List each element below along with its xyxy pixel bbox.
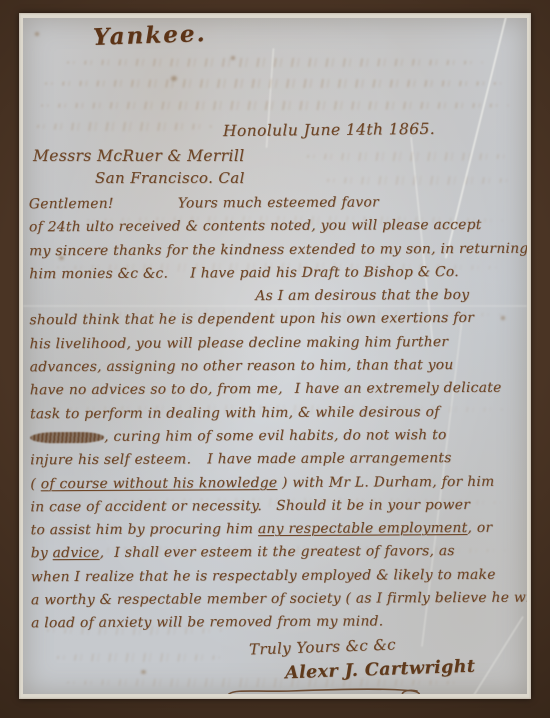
- letter-line: ( of course without his knowledge ) with…: [30, 473, 522, 499]
- letter-line: him monies &c &c.I have paid his Draft t…: [29, 264, 521, 290]
- letter-text: injure his self esteem.: [30, 452, 191, 469]
- struck-out-word: [30, 432, 104, 443]
- letter-text: any respectable employment: [258, 520, 468, 537]
- bleed-through-text-line: [37, 101, 509, 110]
- letter-text: Gentlemen!: [29, 196, 114, 212]
- hand-gap: [283, 392, 295, 393]
- letter-text: I shall ever esteem it the greatest of f…: [114, 544, 455, 562]
- bleed-through-text-line: [323, 176, 513, 185]
- foxing-spot: [35, 32, 39, 36]
- letter-line: of 24th ulto received & contents noted, …: [29, 217, 521, 243]
- letter-text: when I realize that he is respectably em…: [31, 567, 496, 585]
- letter-text: I have made ample arrangements: [207, 450, 451, 467]
- letter-text: by: [31, 546, 53, 562]
- letter-text: As I am desirous that the boy: [255, 287, 469, 304]
- letter-line: my sincere thanks for the kindness exten…: [29, 240, 521, 266]
- signature: Alexr J. Cartwright: [285, 657, 476, 684]
- recipient-location: San Francisco. Cal: [95, 169, 245, 187]
- letter-text: Yours much esteemed favor: [178, 194, 379, 211]
- letter-text: I have paid his Draft to Bishop & Co.: [190, 264, 459, 281]
- letter-text: I have an extremely delicate: [295, 380, 502, 397]
- bleed-through-text-line: [53, 653, 223, 662]
- letter-text: a load of anxiety will be removed from m…: [31, 614, 383, 632]
- letter-line: to assist him by procuring him any respe…: [31, 520, 523, 546]
- letter-line: in case of accident or necessity.Should …: [30, 497, 522, 523]
- hand-gap: [29, 299, 255, 301]
- letter-text: of course without his knowledge: [41, 475, 278, 492]
- letter-text: (: [30, 476, 40, 492]
- letter-line: should think that he is dependent upon h…: [29, 310, 521, 336]
- letter-line: advances, assigning no other reason to h…: [30, 357, 522, 383]
- letter-line: his livelihood, you will please decline …: [30, 333, 522, 359]
- foxing-spot: [141, 670, 146, 674]
- letter-text: , curing him of some evil habits, do not…: [104, 427, 447, 445]
- letter-line: a load of anxiety will be removed from m…: [31, 613, 523, 639]
- recipient-name: Messrs McRuer & Merrill: [33, 147, 245, 165]
- letter-text: Should it be in your power: [276, 497, 470, 514]
- letter-body: Gentlemen!Yours much esteemed favorof 24…: [29, 194, 523, 639]
- foxing-spot: [171, 76, 177, 81]
- letter-line: a worthy & respectable member of society…: [31, 590, 523, 616]
- letter-text: ,: [100, 545, 105, 561]
- letter-line: injure his self esteem.I have made ample…: [30, 450, 522, 476]
- letter-text: to assist him by procuring him: [31, 521, 258, 538]
- letter-line: As I am desirous that the boy: [29, 287, 521, 313]
- letter-line: task to perform in dealing with him, & w…: [30, 403, 522, 429]
- framed-letter-photograph: Yankee. Honolulu June 14th 1865. Messrs …: [0, 0, 550, 718]
- letter-text: , or: [467, 520, 492, 536]
- mat-opening-border: Yankee. Honolulu June 14th 1865. Messrs …: [19, 13, 531, 699]
- hand-gap: [191, 463, 207, 464]
- letter-text: should think that he is dependent upon h…: [29, 310, 474, 328]
- hand-gap: [262, 509, 276, 510]
- dateline: Honolulu June 14th 1865.: [223, 120, 435, 140]
- letter-line: have no advices so to do, from me,I have…: [30, 380, 522, 406]
- letter-text: a worthy & respectable member of society…: [31, 590, 527, 609]
- letter-text: advances, assigning no other reason to h…: [30, 357, 454, 375]
- letter-line: , curing him of some evil habits, do not…: [30, 427, 522, 453]
- bleed-through-text-line: [303, 152, 513, 161]
- letter-text: ) with Mr L. Durham, for him: [277, 473, 494, 490]
- signature-flourish: [221, 682, 431, 694]
- hand-gap: [114, 207, 178, 208]
- letter-text: him monies &c &c.: [29, 265, 168, 282]
- foxing-spot: [231, 56, 235, 60]
- letter-line: by advice,I shall ever esteem it the gre…: [31, 543, 523, 569]
- letter-text: my sincere thanks for the kindness exten…: [29, 240, 527, 259]
- letter-text: in case of accident or necessity.: [30, 498, 262, 515]
- letter-paper: Yankee. Honolulu June 14th 1865. Messrs …: [23, 18, 527, 694]
- hand-gap: [168, 276, 190, 277]
- hand-gap: [104, 556, 114, 557]
- letter-line: when I realize that he is respectably em…: [31, 566, 523, 592]
- bleed-through-text-line: [33, 122, 213, 131]
- letter-text: of 24th ulto received & contents noted, …: [29, 217, 482, 235]
- letter-text: task to perform in dealing with him, & w…: [30, 404, 440, 422]
- letter-text: have no advices so to do, from me,: [30, 381, 283, 398]
- letter-text: advice: [53, 545, 100, 561]
- letter-line: Gentlemen!Yours much esteemed favor: [29, 194, 521, 220]
- ship-heading: Yankee.: [93, 20, 207, 51]
- letter-text: his livelihood, you will please decline …: [30, 334, 449, 352]
- closing-salutation: Truly Yours &c &c: [249, 635, 396, 658]
